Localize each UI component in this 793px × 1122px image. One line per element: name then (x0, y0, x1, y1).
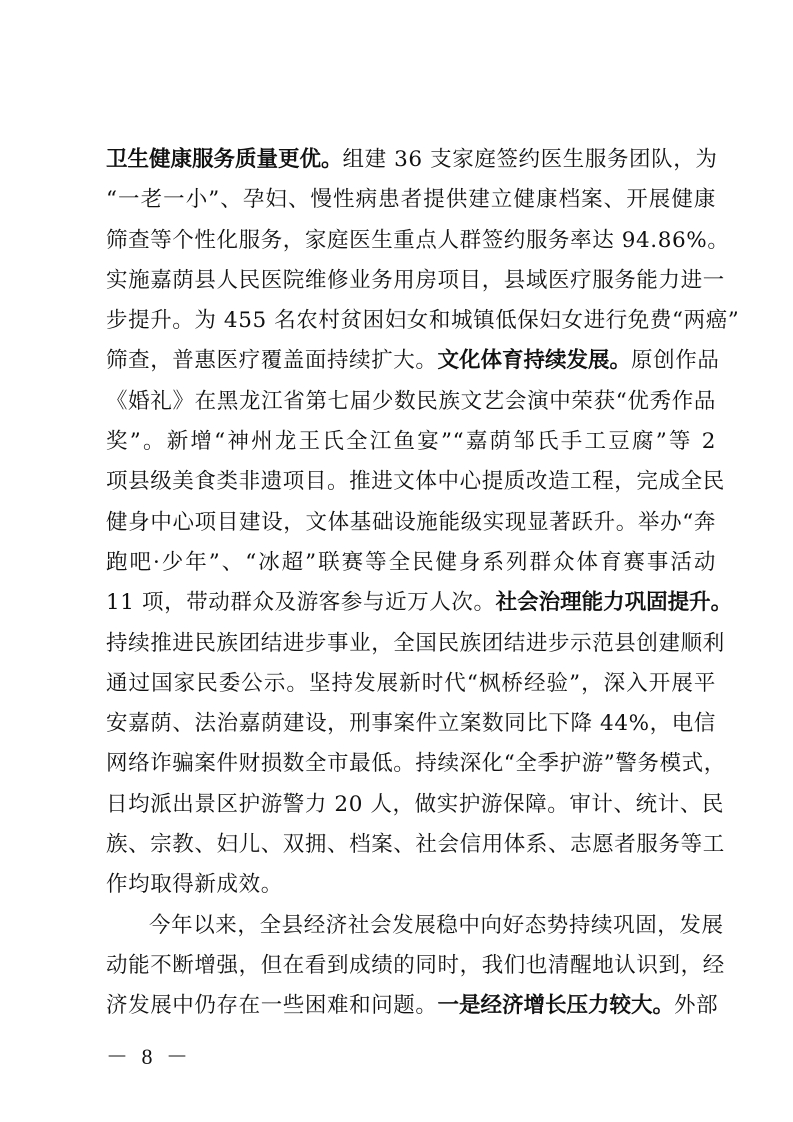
text-run: 筛查，普惠医疗覆盖面持续扩大。 (106, 348, 438, 373)
document-page: 卫生健康服务质量更优。组建 36 支家庭签约医生服务团队，为 “一老一小”、孕妇… (0, 0, 793, 1122)
text-run: 步提升。为 455 名农村贫困妇女和城镇低保妇女进行免费“两癌” (106, 308, 739, 333)
text-line: 跑吧·少年”、“冰超”联赛等全民健身系列群众体育赛事活动 (106, 543, 716, 583)
text-run: 筛查等个性化服务，家庭医生重点人群签约服务率达 94.86%。 (106, 228, 729, 253)
text-line: 通过国家民委公示。坚持发展新时代“枫桥经验”，深入开展平 (106, 664, 716, 704)
text-run: “一老一小”、孕妇、慢性病患者提供建立健康档案、开展健康 (106, 187, 716, 212)
text-line: 安嘉荫、法治嘉荫建设，刑事案件立案数同比下降 44%，电信 (106, 704, 716, 744)
text-run: 族、宗教、妇儿、双拥、档案、社会信用体系、志愿者服务等工 (106, 832, 725, 857)
text-run: 安嘉荫、法治嘉荫建设，刑事案件立案数同比下降 44%，电信 (106, 711, 716, 736)
text-run: 奖”。新增“神州龙王氏全江鱼宴”“嘉荫邹氏手工豆腐”等 2 (106, 429, 716, 454)
text-run: 今年以来，全县经济社会发展稳中向好态势持续巩固，发展 (149, 913, 724, 938)
text-run: 原创作品 (631, 348, 719, 373)
text-line: 作均取得新成效。 (106, 865, 716, 905)
text-line: 持续推进民族团结进步事业，全国民族团结进步示范县创建顺利 (106, 624, 716, 664)
text-run: 项县级美食类非遗项目。推进文体中心提质改造工程，完成全民 (106, 469, 725, 494)
text-run: 《婚礼》在黑龙江省第七届少数民族文艺会演中荣获“优秀作品 (106, 389, 716, 414)
text-run: 健身中心项目建设，文体基础设施能级实现显著跃升。举办“奔 (106, 510, 716, 535)
text-line: 筛查，普惠医疗覆盖面持续扩大。文化体育持续发展。原创作品 (106, 341, 716, 381)
text-line: 筛查等个性化服务，家庭医生重点人群签约服务率达 94.86%。 (106, 221, 716, 261)
text-line: 动能不断增强，但在看到成绩的同时，我们也清醒地认识到，经 (106, 946, 716, 986)
text-line: 步提升。为 455 名农村贫困妇女和城镇低保妇女进行免费“两癌” (106, 301, 716, 341)
text-line: 健身中心项目建设，文体基础设施能级实现显著跃升。举办“奔 (106, 503, 716, 543)
text-run: 网络诈骗案件财损数全市最低。持续深化“全季护游”警务模式， (106, 751, 726, 776)
text-line: 实施嘉荫县人民医院维修业务用房项目，县域医疗服务能力进一 (106, 261, 716, 301)
bold-heading: 文化体育持续发展。 (438, 348, 632, 373)
text-line: 奖”。新增“神州龙王氏全江鱼宴”“嘉荫邹氏手工豆腐”等 2 (106, 422, 716, 462)
bold-heading: 一是经济增长压力较大。 (438, 993, 675, 1018)
text-run: 实施嘉荫县人民医院维修业务用房项目，县域医疗服务能力进一 (106, 268, 725, 293)
text-run: 跑吧·少年”、“冰超”联赛等全民健身系列群众体育赛事活动 (106, 550, 716, 575)
text-line: 《婚礼》在黑龙江省第七届少数民族文艺会演中荣获“优秀作品 (106, 382, 716, 422)
text-line: 卫生健康服务质量更优。组建 36 支家庭签约医生服务团队，为 (106, 140, 716, 180)
text-line: 11 项，带动群众及游客参与近万人次。社会治理能力巩固提升。 (106, 583, 716, 623)
text-run: 济发展中仍存在一些困难和问题。 (106, 993, 438, 1018)
text-run: 日均派出景区护游警力 20 人，做实护游保障。审计、统计、民 (106, 792, 724, 817)
text-line: 族、宗教、妇儿、双拥、档案、社会信用体系、志愿者服务等工 (106, 825, 716, 865)
page-number: － 8 － (106, 1040, 192, 1071)
text-line: 日均派出景区护游警力 20 人，做实护游保障。审计、统计、民 (106, 785, 716, 825)
text-run: 11 项，带动群众及游客参与近万人次。 (106, 590, 496, 615)
text-run: 作均取得新成效。 (106, 872, 283, 897)
text-run: 外部 (674, 993, 718, 1018)
bold-heading: 社会治理能力巩固提升。 (496, 590, 733, 615)
paragraph-start-line: 今年以来，全县经济社会发展稳中向好态势持续巩固，发展 (106, 906, 716, 946)
body-text: 卫生健康服务质量更优。组建 36 支家庭签约医生服务团队，为 “一老一小”、孕妇… (106, 140, 716, 1027)
text-run: 动能不断增强，但在看到成绩的同时，我们也清醒地认识到，经 (106, 953, 725, 978)
text-line: 济发展中仍存在一些困难和问题。一是经济增长压力较大。外部 (106, 986, 716, 1026)
text-line: 网络诈骗案件财损数全市最低。持续深化“全季护游”警务模式， (106, 744, 716, 784)
text-run: 组建 36 支家庭签约医生服务团队，为 (343, 147, 718, 172)
bold-heading: 卫生健康服务质量更优。 (106, 147, 343, 172)
text-line: “一老一小”、孕妇、慢性病患者提供建立健康档案、开展健康 (106, 180, 716, 220)
text-run: 通过国家民委公示。坚持发展新时代“枫桥经验”，深入开展平 (106, 671, 716, 696)
text-line: 项县级美食类非遗项目。推进文体中心提质改造工程，完成全民 (106, 462, 716, 502)
text-run: 持续推进民族团结进步事业，全国民族团结进步示范县创建顺利 (106, 631, 725, 656)
